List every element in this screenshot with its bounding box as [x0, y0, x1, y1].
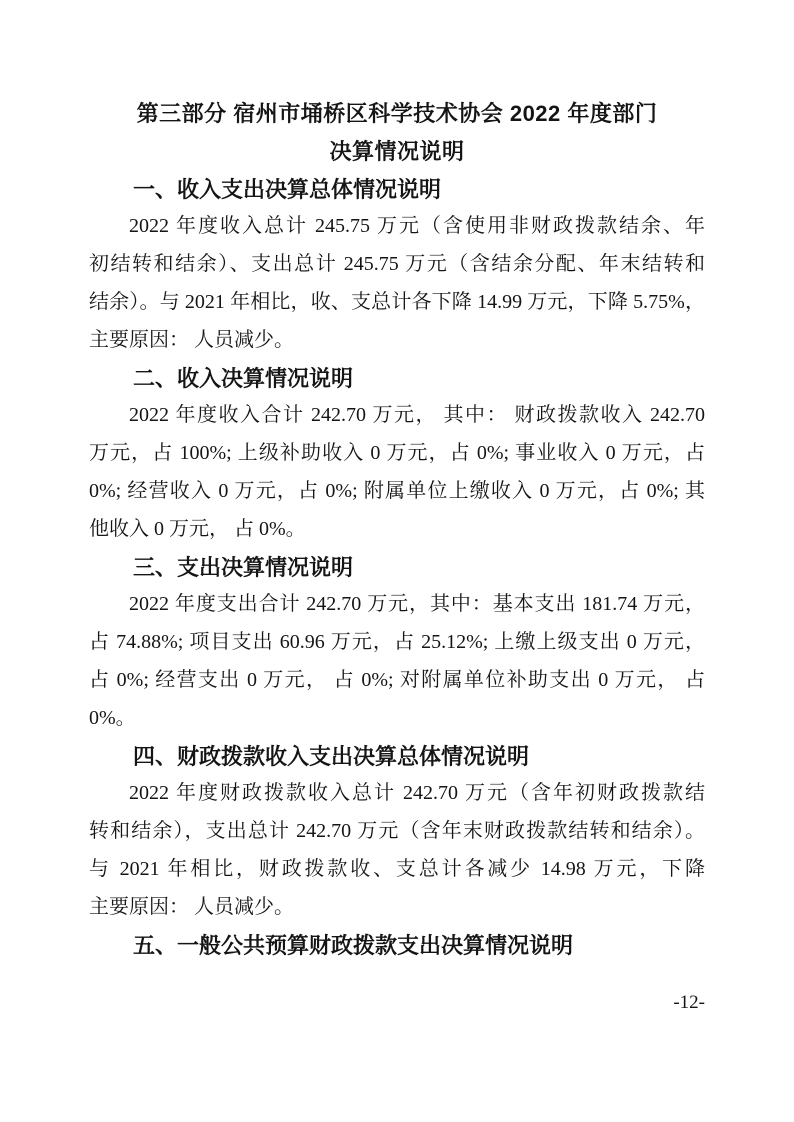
document-content: 第三部分 宿州市埇桥区科学技术协会 2022 年度部门 决算情况说明 一、收入支… — [89, 95, 705, 964]
body-line: 2022 年度收入合计 242.70 万元， 其中： 财政拨款收入 242.70 — [89, 397, 705, 435]
section-3: 三、支出决算情况说明 2022 年度支出合计 242.70 万元，其中：基本支出… — [89, 549, 705, 738]
section-heading-4: 四、财政拨款收入支出决算总体情况说明 — [89, 738, 705, 776]
body-line: 初结转和结余）、支出总计 245.75 万元（含结余分配、年末结转和 — [89, 246, 705, 284]
document-title-line-1: 第三部分 宿州市埇桥区科学技术协会 2022 年度部门 — [89, 95, 705, 133]
section-2: 二、收入决算情况说明 2022 年度收入合计 242.70 万元， 其中： 财政… — [89, 360, 705, 549]
body-line: 与 2021 年相比，财政拨款收、支总计各减少 14.98 万元，下降 5.81… — [89, 851, 705, 889]
body-line: 2022 年度收入总计 245.75 万元（含使用非财政拨款结余、年 — [89, 208, 705, 246]
body-line: 2022 年度支出合计 242.70 万元，其中：基本支出 181.74 万元， — [89, 586, 705, 624]
body-line: 占 74.88%; 项目支出 60.96 万元，占 25.12%; 上缴上级支出… — [89, 624, 705, 662]
body-line: 0%; 经营收入 0 万元，占 0%; 附属单位上缴收入 0 万元，占 0%; … — [89, 473, 705, 511]
section-heading-1: 一、收入支出决算总体情况说明 — [89, 171, 705, 209]
body-line: 转和结余），支出总计 242.70 万元（含年末财政拨款结转和结余）。 — [89, 813, 705, 851]
page-number: -12- — [89, 991, 705, 1015]
document-title-line-2: 决算情况说明 — [89, 133, 705, 171]
document-page: 第三部分 宿州市埇桥区科学技术协会 2022 年度部门 决算情况说明 一、收入支… — [0, 0, 794, 1122]
body-line: 万元，占 100%; 上级补助收入 0 万元，占 0%; 事业收入 0 万元，占 — [89, 435, 705, 473]
body-line: 占 0%; 经营支出 0 万元， 占 0%; 对附属单位补助支出 0 万元， 占 — [89, 662, 705, 700]
body-line: 结余）。与 2021 年相比，收、支总计各下降 14.99 万元，下降 5.75… — [89, 284, 705, 322]
section-4: 四、财政拨款收入支出决算总体情况说明 2022 年度财政拨款收入总计 242.7… — [89, 738, 705, 927]
body-line: 主要原因： 人员减少。 — [89, 889, 705, 927]
section-5: 五、一般公共预算财政拨款支出决算情况说明 — [89, 927, 705, 965]
section-heading-3: 三、支出决算情况说明 — [89, 549, 705, 587]
body-line: 0%。 — [89, 700, 705, 738]
section-1: 一、收入支出决算总体情况说明 2022 年度收入总计 245.75 万元（含使用… — [89, 171, 705, 360]
section-heading-2: 二、收入决算情况说明 — [89, 360, 705, 398]
body-line: 他收入 0 万元， 占 0%。 — [89, 511, 705, 549]
body-line: 主要原因： 人员减少。 — [89, 322, 705, 360]
section-heading-5: 五、一般公共预算财政拨款支出决算情况说明 — [89, 927, 705, 965]
body-line: 2022 年度财政拨款收入总计 242.70 万元（含年初财政拨款结 — [89, 775, 705, 813]
